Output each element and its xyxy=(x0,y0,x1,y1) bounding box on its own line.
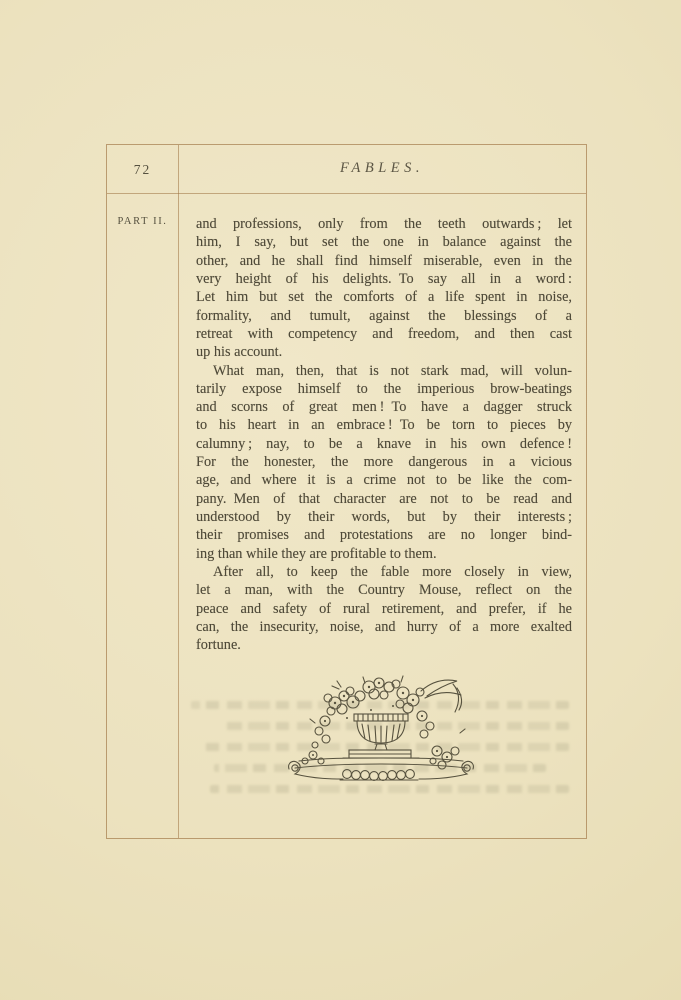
text-line: What man, then, that is not stark mad, w… xyxy=(196,362,572,380)
text-line: their promises and protestations are no … xyxy=(196,526,572,544)
page-frame: 72 FABLES. PART II. and professions, onl… xyxy=(106,144,587,839)
urn-flowers-engraving-icon xyxy=(285,671,477,791)
margin-divider-rule xyxy=(178,145,179,838)
text-line: age, and where it is a crime not to be l… xyxy=(196,471,572,489)
text-line: Let him but set the comforts of a life s… xyxy=(196,288,572,306)
text-line: pany. Men of that character are not to b… xyxy=(196,490,572,508)
header-rule xyxy=(107,193,586,194)
text-line: After all, to keep the fable more closel… xyxy=(196,563,572,581)
text-line: let a man, with the Country Mouse, refle… xyxy=(196,581,572,599)
text-line: very height of his delights. To say all … xyxy=(196,270,572,288)
running-header-title: FABLES. xyxy=(178,160,586,177)
text-line: up his account. xyxy=(196,343,572,361)
scanned-book-page: 72 FABLES. PART II. and professions, onl… xyxy=(0,0,681,1000)
text-line: ing than while they are profitable to th… xyxy=(196,545,572,563)
text-line: formality, and tumult, against the bless… xyxy=(196,307,572,325)
text-line: and scorns of great men ! To have a dagg… xyxy=(196,398,572,416)
text-line: peace and safety of rural retirement, an… xyxy=(196,600,572,618)
text-line: can, the insecurity, noise, and hurry of… xyxy=(196,618,572,636)
text-line: For the honester, the more dangerous in … xyxy=(196,453,572,471)
text-line: and professions, only from the teeth out… xyxy=(196,215,572,233)
margin-label-part: PART II. xyxy=(107,216,178,227)
page-number: 72 xyxy=(107,162,178,178)
text-line: retreat with competency and freedom, and… xyxy=(196,325,572,343)
text-line: other, and he shall find himself miserab… xyxy=(196,252,572,270)
text-line: calumny ; nay, to be a knave in his own … xyxy=(196,435,572,453)
text-line: fortune. xyxy=(196,636,572,654)
text-line: tarily expose himself to the imperious b… xyxy=(196,380,572,398)
body-lines: and professions, only from the teeth out… xyxy=(196,215,572,655)
text-line: him, I say, but set the one in balance a… xyxy=(196,233,572,251)
text-line: understood by their words, but by their … xyxy=(196,508,572,526)
text-line: to his heart in an embrace ! To be torn … xyxy=(196,416,572,434)
